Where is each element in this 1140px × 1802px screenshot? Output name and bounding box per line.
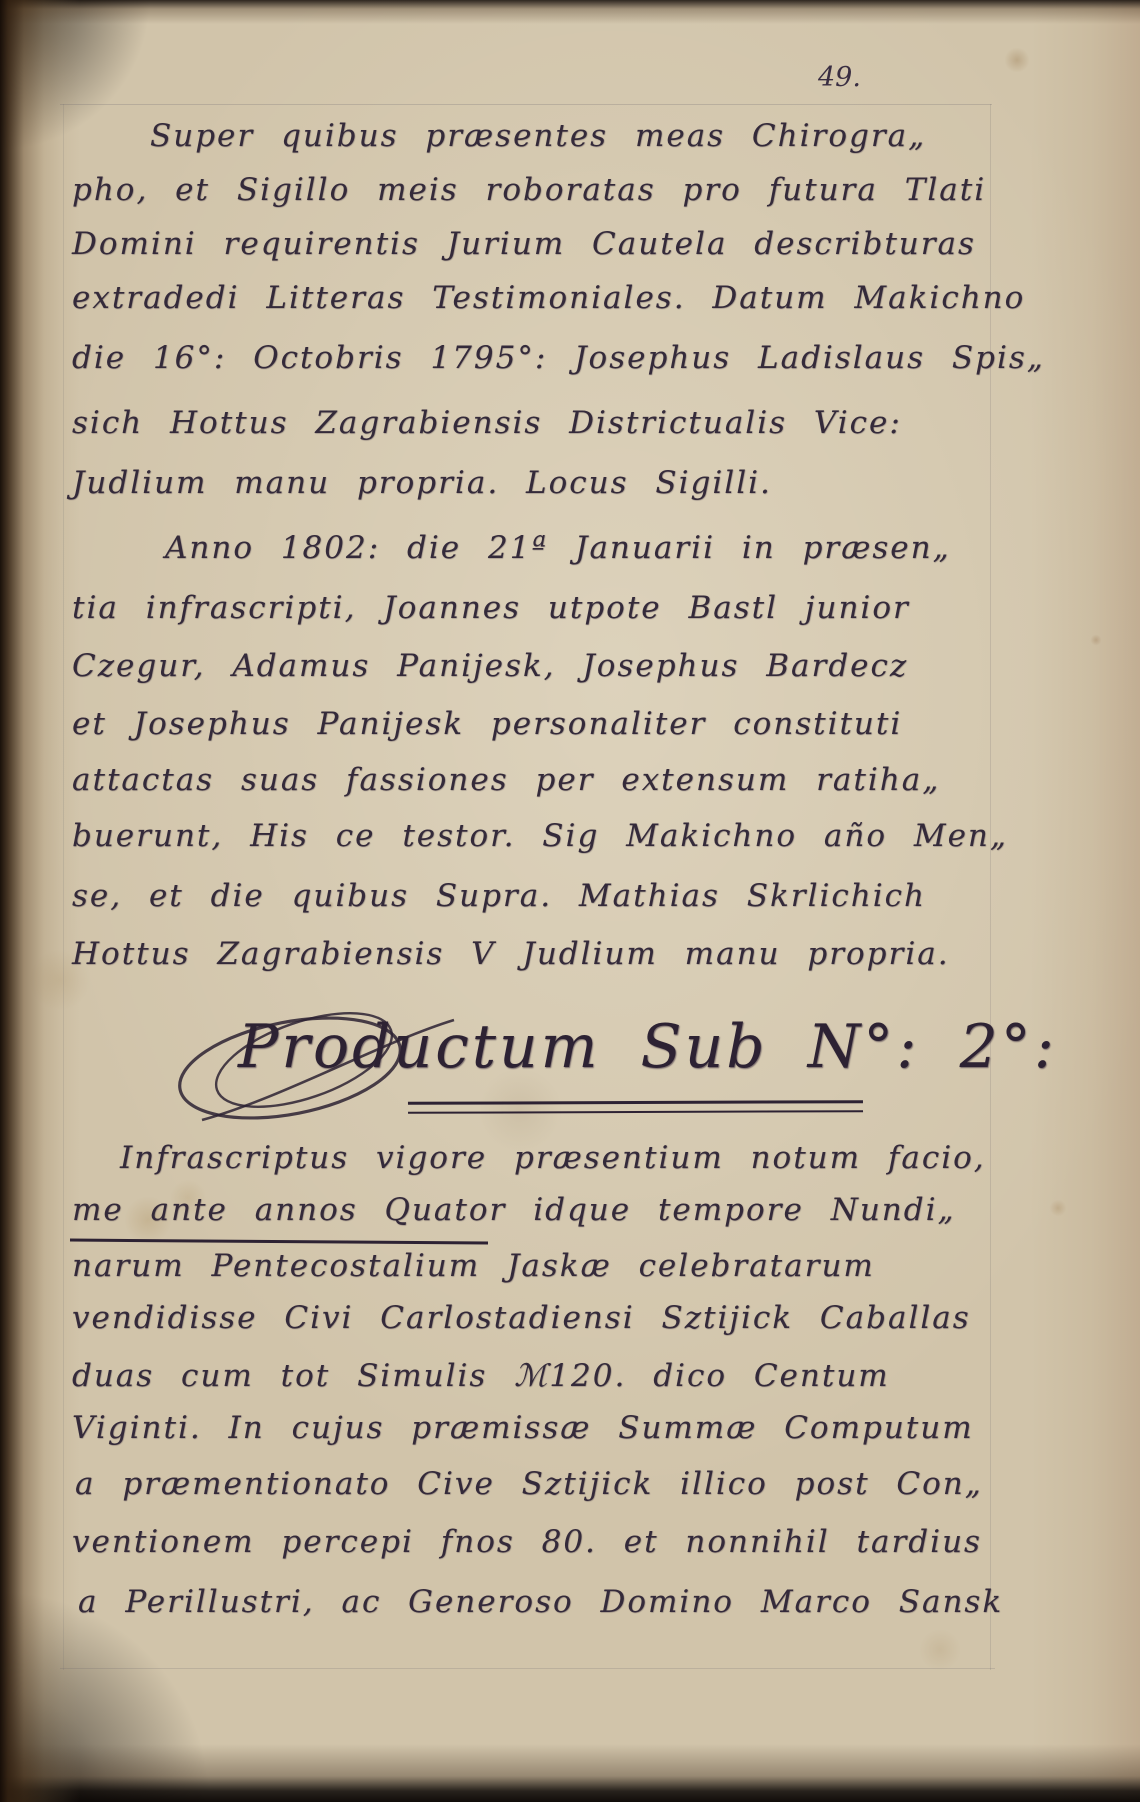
manuscript-line: a præmentionato Cive Sztijick illico pos… [75, 1466, 983, 1502]
section-heading: Productum Sub N°: 2°: [238, 1012, 1057, 1082]
manuscript-line: Domini requirentis Jurium Cautela descri… [72, 226, 976, 262]
manuscript-line: duas cum tot Simulis ℳ120. dico Centum [72, 1358, 890, 1394]
phrase-underline [70, 1239, 488, 1245]
manuscript-line: Viginti. In cujus præmissæ Summæ Computu… [72, 1410, 974, 1446]
manuscript-line: Infrascriptus vigore præsentium notum fa… [120, 1140, 986, 1176]
manuscript-line: a Perillustri, ac Generoso Domino Marco … [78, 1584, 1003, 1620]
manuscript-line: pho, et Sigillo meis roboratas pro futur… [72, 172, 986, 208]
manuscript-line: Judlium manu propria. Locus Sigilli. [72, 465, 772, 501]
manuscript-line: Hottus Zagrabiensis V Judlium manu propr… [72, 936, 950, 972]
manuscript-line: extradedi Litteras Testimoniales. Datum … [72, 280, 1025, 316]
margin-rule-left [63, 104, 64, 1670]
manuscript-line: die 16°: Octobris 1795°: Josephus Ladisl… [72, 340, 1045, 376]
manuscript-line: narum Pentecostalium Jaskæ celebratarum [72, 1248, 875, 1284]
manuscript-line: ventionem percepi fnos 80. et nonnihil t… [72, 1524, 982, 1560]
manuscript-line: et Josephus Panijesk personaliter consti… [72, 706, 902, 742]
page-scan: 49. Super quibus præsentes meas Chirogra… [0, 0, 1140, 1802]
page-number: 49. [818, 62, 861, 93]
manuscript-line: vendidisse Civi Carlostadiensi Sztijick … [72, 1300, 971, 1336]
manuscript-line: me ante annos Quator idque tempore Nundi… [72, 1192, 956, 1228]
manuscript-line: se, et die quibus Supra. Mathias Skrlich… [72, 878, 926, 914]
manuscript-line: Anno 1802: die 21ª Januarii in præsen„ [165, 530, 951, 566]
manuscript-line: buerunt, His ce testor. Sig Makichno año… [72, 818, 1008, 854]
manuscript-line: sich Hottus Zagrabiensis Districtualis V… [72, 405, 902, 441]
margin-rule-top [60, 104, 992, 105]
manuscript-line: attactas suas fassiones per extensum rat… [72, 762, 940, 798]
margin-rule-bottom [60, 1668, 995, 1669]
margin-rule-right [990, 104, 991, 1670]
heading-underline [408, 1100, 863, 1114]
manuscript-line: tia infrascripti, Joannes utpote Bastl j… [72, 590, 910, 626]
manuscript-line: Super quibus præsentes meas Chirogra„ [150, 118, 926, 154]
manuscript-line: Czegur, Adamus Panijesk, Josephus Bardec… [72, 648, 908, 684]
